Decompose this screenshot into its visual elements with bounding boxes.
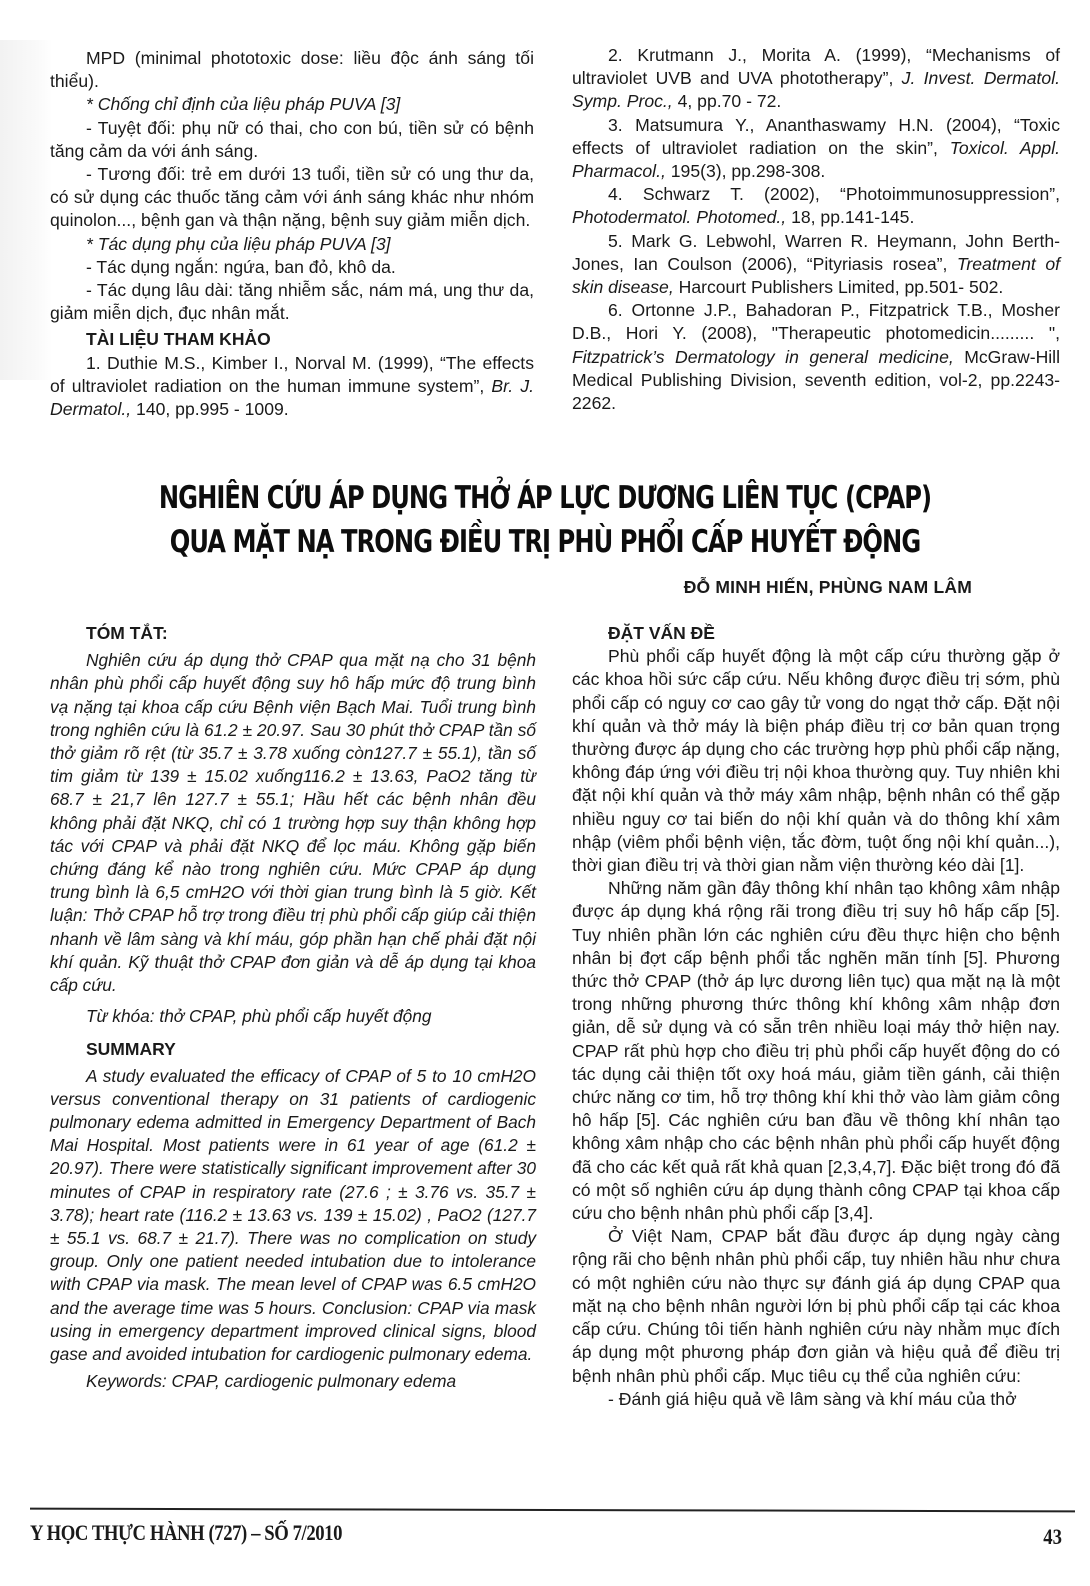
- reference-item: 3. Matsumura Y., Ananthaswamy H.N. (2004…: [572, 114, 1060, 184]
- reference-details: 195(3), pp.298-308.: [671, 161, 826, 181]
- paragraph: - Tác dụng lâu dài: tăng nhiễm sắc, nám …: [50, 279, 534, 325]
- subheading-contraindications: * Chống chỉ định của liệu pháp PUVA [3]: [50, 93, 534, 116]
- introduction-paragraph: Những năm gần đây thông khí nhân tạo khô…: [572, 877, 1060, 1225]
- summary-en-text: A study evaluated the efficacy of CPAP o…: [50, 1065, 536, 1367]
- reference-number: 4.: [608, 184, 623, 204]
- footer-journal-name: Y HỌC THỰC HÀNH (727) – SỐ 7/2010: [30, 1520, 342, 1546]
- previous-article-left-column: MPD (minimal phototoxic dose: liều độc á…: [50, 47, 534, 421]
- references-heading: TÀI LIỆU THAM KHẢO: [50, 328, 534, 351]
- reference-authors: Schwarz T. (2002), “Photoimmunosuppressi…: [643, 184, 1060, 204]
- bleed-through-shadow: [0, 40, 52, 380]
- abstract-column: TÓM TẮT: Nghiên cứu áp dụng thở CPAP qua…: [50, 622, 536, 1394]
- subheading-side-effects: * Tác dụng phụ của liệu pháp PUVA [3]: [50, 233, 534, 256]
- reference-item: 6. Ortonne J.P., Bahadoran P., Fitzpatri…: [572, 299, 1060, 415]
- reference-details: 18, pp.141-145.: [791, 207, 914, 227]
- article-title: NGHIÊN CỨU ÁP DỤNG THỞ ÁP LỰC DƯƠNG LIÊN…: [120, 476, 970, 564]
- introduction-paragraph: Ở Việt Nam, CPAP bắt đầu được áp dụng ng…: [572, 1225, 1060, 1387]
- reference-number: 6.: [608, 300, 623, 320]
- paragraph: - Tác dụng ngắn: ngứa, ban đỏ, khô da.: [50, 256, 534, 279]
- reference-item: 4. Schwarz T. (2002), “Photoimmunosuppre…: [572, 183, 1060, 229]
- article-title-line-1: NGHIÊN CỨU ÁP DỤNG THỞ ÁP LỰC DƯƠNG LIÊN…: [120, 476, 970, 520]
- page-number: 43: [1043, 1524, 1062, 1550]
- paragraph: - Tuyệt đối: phụ nữ có thai, cho con bú,…: [50, 117, 534, 163]
- introduction-paragraph: Phù phổi cấp huyết động là một cấp cứu t…: [572, 645, 1060, 877]
- reference-item: 1. Duthie M.S., Kimber I., Norval M. (19…: [50, 352, 534, 422]
- article-authors: ĐỖ MINH HIẾN, PHÙNG NAM LÂM: [684, 577, 972, 598]
- keywords-vi: Từ khóa: thở CPAP, phù phổi cấp huyết độ…: [50, 1005, 536, 1028]
- summary-vi-heading: TÓM TẮT:: [50, 622, 536, 645]
- footer-divider: [30, 1508, 1075, 1513]
- reference-number: 1.: [86, 353, 101, 373]
- keywords-en: Keywords: CPAP, cardiogenic pulmonary ed…: [50, 1370, 536, 1393]
- reference-authors: Ortonne J.P., Bahadoran P., Fitzpatrick …: [572, 300, 1060, 343]
- paragraph: MPD (minimal phototoxic dose: liều độc á…: [50, 47, 534, 93]
- reference-journal: Fitzpatrick’s Dermatology in general med…: [572, 347, 954, 367]
- reference-journal: Photodermatol. Photomed.,: [572, 207, 786, 227]
- reference-authors: Duthie M.S., Kimber I., Norval M. (1999)…: [50, 353, 534, 396]
- reference-item: 5. Mark G. Lebwohl, Warren R. Heymann, J…: [572, 230, 1060, 300]
- introduction-paragraph: - Đánh giá hiệu quả về lâm sàng và khí m…: [572, 1388, 1060, 1411]
- reference-number: 5.: [608, 231, 623, 251]
- reference-details: 140, pp.995 - 1009.: [136, 399, 289, 419]
- reference-details: Harcourt Publishers Limited, pp.501- 502…: [679, 277, 1004, 297]
- summary-vi-text: Nghiên cứu áp dụng thở CPAP qua mặt nạ c…: [50, 649, 536, 997]
- introduction-column: ĐẶT VẤN ĐỀ Phù phổi cấp huyết động là mộ…: [572, 622, 1060, 1411]
- article-title-line-2: QUA MẶT NẠ TRONG ĐIỀU TRỊ PHÙ PHỔI CẤP H…: [120, 520, 970, 564]
- reference-number: 3.: [608, 115, 623, 135]
- summary-en-heading: SUMMARY: [50, 1038, 536, 1061]
- paragraph: - Tương đối: trẻ em dưới 13 tuổi, tiền s…: [50, 163, 534, 233]
- reference-item: 2. Krutmann J., Morita A. (1999), “Mecha…: [572, 44, 1060, 114]
- previous-article-right-column: 2. Krutmann J., Morita A. (1999), “Mecha…: [572, 44, 1060, 415]
- introduction-heading: ĐẶT VẤN ĐỀ: [572, 622, 1060, 645]
- reference-number: 2.: [608, 45, 623, 65]
- reference-details: 4, pp.70 - 72.: [678, 91, 782, 111]
